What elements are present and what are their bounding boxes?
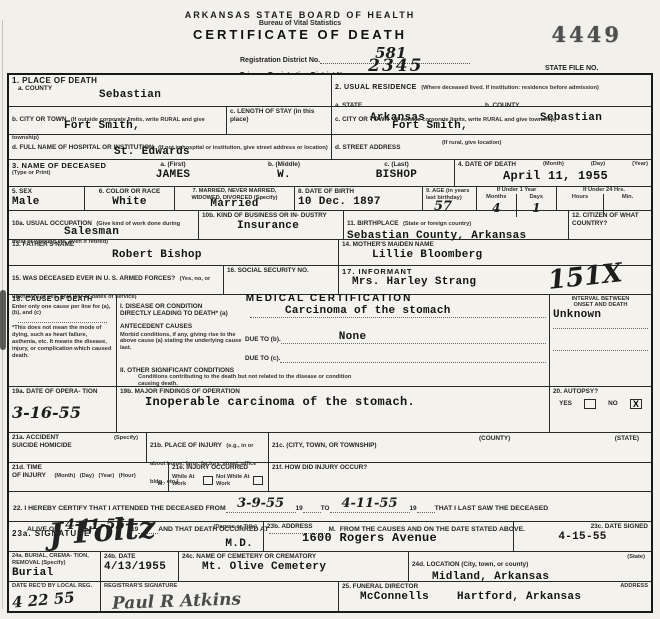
industry-label: 10b. KIND OF BUSINESS OR IN- DUSTRY xyxy=(202,212,340,220)
not-while-at-work-label: Not While At Work xyxy=(216,474,250,488)
certify-year2: 19 xyxy=(410,505,417,513)
accident-cell: 21a. ACCIDENT SUICIDE HOMICIDE (Specify) xyxy=(9,433,147,462)
street-address-cell: d. STREET ADDRESS (If rural, give locati… xyxy=(332,135,651,159)
operation-findings-value: Inoperable carcinoma of the stomach. xyxy=(145,395,546,409)
county-value: Sebastian xyxy=(99,89,161,101)
date-of-death-cell: 4. DATE OF DEATH (Month) (Day) (Year) Ap… xyxy=(455,160,651,186)
birthplace-note: (State or foreign country) xyxy=(403,221,471,227)
injury-city-cell: 21c. (CITY, TOWN, OR TOWNSHIP) (COUNTY) … xyxy=(269,433,651,462)
occupation-value: Salesman xyxy=(64,226,119,238)
name-middle-label: b. (Middle) xyxy=(232,161,336,169)
days-label: Days xyxy=(517,194,557,201)
months-label: Months xyxy=(477,194,516,201)
injury-occurred-label: 21e. INJURY OCCURRED xyxy=(172,464,265,472)
antecedent-label: ANTECEDENT CAUSES xyxy=(120,323,546,331)
address-value: 1600 Rogers Avenue xyxy=(302,531,510,545)
operation-findings-label: 19b. MAJOR FINDINGS OF OPERATION xyxy=(120,388,546,396)
date-signed-label: 23c. DATE SIGNED xyxy=(517,523,648,531)
cemetery-cell: 24c. NAME OF CEMETERY OR CREMATORY Mt. O… xyxy=(179,552,409,581)
date-of-death-label: 4. DATE OF DEATH xyxy=(458,161,516,169)
row-operation: 19a. DATE OF OPERA- TION 3-16-55 19b. MA… xyxy=(9,387,651,434)
street-address-note: (If rural, give location) xyxy=(442,140,501,147)
name-first-cell: a. (First) JAMES xyxy=(117,160,229,186)
death-certificate-scan: ARKANSAS STATE BOARD OF HEALTH Bureau of… xyxy=(0,0,660,619)
interval-fill-1 xyxy=(553,321,648,329)
degree-title-value: M.D. xyxy=(225,538,253,550)
row-city: b. CITY OR TOWN (If outside corporate li… xyxy=(9,107,651,135)
registration-district-line: Registration District No. 581 xyxy=(240,54,470,64)
degree-title-label: (Degree or Title) xyxy=(213,524,257,531)
date-signed-cell: 23c. DATE SIGNED 4-15-55 xyxy=(514,522,651,551)
time-of-injury-label: 21d. TIME OF INJURY xyxy=(12,464,50,479)
industry-value: Insurance xyxy=(237,220,340,232)
usual-residence-cell: 2. USUAL RESIDENCE (Where deceased lived… xyxy=(332,75,651,106)
mother-label: 14. MOTHER'S MAIDEN NAME xyxy=(342,241,648,249)
length-of-stay-cell: c. LENGTH OF STAY (in this place) xyxy=(227,107,332,134)
name-middle-value: W. xyxy=(232,169,336,181)
row-medical-certification: MEDICAL CERTIFICATION 18. CAUSE OF DEATH… xyxy=(9,295,651,387)
injury-hour-label: (Hour) xyxy=(119,473,136,479)
burial-state-label: (State) xyxy=(627,554,645,561)
certify-to-value: 4-11-55 xyxy=(341,496,397,511)
operation-date-value: 3-16-55 xyxy=(12,403,113,422)
birth-date-value: 10 Dec. 1897 xyxy=(298,196,419,208)
date-received-value: 4 22 55 xyxy=(11,586,97,611)
certify-year1: 19 xyxy=(296,505,303,513)
operation-date-label: 19a. DATE OF OPERA- TION xyxy=(12,388,113,396)
due-to-b-label: DUE TO (b). xyxy=(245,336,281,344)
autopsy-label: 20. AUTOPSY? xyxy=(553,388,648,396)
usual-residence-section-label: 2. USUAL RESIDENCE xyxy=(335,84,417,91)
row-vitals: 5. SEX Male 6. COLOR OR RACE White 7. MA… xyxy=(9,187,651,211)
interval-fill-2 xyxy=(553,329,648,351)
interval-value: Unknown xyxy=(553,309,648,321)
burial-type-label: 24a. BURIAL, CREMA- TION, REMOVAL (Speci… xyxy=(12,553,97,567)
certify-part2: THAT I LAST SAW THE DECEASED xyxy=(435,505,549,513)
race-value: White xyxy=(88,196,171,208)
marital-cell: 7. MARRIED, NEVER MARRIED, WIDOWED, DIVO… xyxy=(175,187,295,210)
under-1-year-label: If Under 1 Year xyxy=(477,187,556,194)
place-city-value: Fort Smith, xyxy=(64,120,140,132)
length-of-stay-label: c. LENGTH OF STAY (in this place) xyxy=(230,108,328,123)
occupation-cell: 10a. USUAL OCCUPATION (Give kind of work… xyxy=(9,211,199,239)
antecedent-note: Morbid conditions, if any, giving rise t… xyxy=(120,332,245,363)
address-label: 23b. ADDRESS xyxy=(267,523,510,531)
autopsy-yes-label: YES xyxy=(559,400,572,408)
row-name: 3. NAME OF DECEASED (Type or Print) a. (… xyxy=(9,160,651,187)
cause-note-divider xyxy=(18,319,107,323)
row-burial: 24a. BURIAL, CREMA- TION, REMOVAL (Speci… xyxy=(9,552,651,582)
autopsy-cell: 20. AUTOPSY? YES NO X xyxy=(550,387,651,433)
burial-type-value: Burial xyxy=(12,567,97,579)
registrar-signature-cell: REGISTRAR'S SIGNATURE Paul R Atkins xyxy=(101,582,339,611)
row-accident: 21a. ACCIDENT SUICIDE HOMICIDE (Specify)… xyxy=(9,433,651,463)
row-parents: 13. FATHER'S NAME Robert Bishop 14. MOTH… xyxy=(9,240,651,265)
funeral-director-cell: 25. FUNERAL DIRECTOR ADDRESS McConnells … xyxy=(339,582,651,611)
hours-label: Hours xyxy=(557,194,603,201)
injury-city-label: 21c. (CITY, TOWN, OR TOWNSHIP) xyxy=(272,442,377,449)
name-last-value: BISHOP xyxy=(342,169,451,181)
burial-date-cell: 24b. DATE 4/13/1955 xyxy=(101,552,179,581)
autopsy-no-label: NO xyxy=(608,400,618,408)
row-hospital-street: d. FULL NAME OF HOSPITAL OR INSTITUTION … xyxy=(9,135,651,160)
hospital-cell: d. FULL NAME OF HOSPITAL OR INSTITUTION … xyxy=(9,135,332,159)
father-value: Robert Bishop xyxy=(112,249,335,261)
funeral-address-value: Hartford, Arkansas xyxy=(457,591,581,603)
street-address-label: d. STREET ADDRESS xyxy=(335,144,400,151)
injury-state-label: (STATE) xyxy=(615,435,639,443)
armed-forces-cell: 15. WAS DECEASED EVER IN U. S. ARMED FOR… xyxy=(9,266,224,294)
other-conditions-label: II. OTHER SIGNIFICANT CONDITIONS xyxy=(120,367,546,375)
board-name: ARKANSAS STATE BOARD OF HEALTH xyxy=(0,10,660,20)
due-to-c-label: DUE TO (c). xyxy=(245,355,280,363)
while-at-work-label: While At Work xyxy=(172,474,200,488)
row-place-residence: 1. PLACE OF DEATH a. COUNTY Sebastian 2.… xyxy=(9,75,651,107)
place-of-death-county-cell: 1. PLACE OF DEATH a. COUNTY Sebastian xyxy=(9,75,332,106)
burial-location-label: 24d. LOCATION (City, town, or county) xyxy=(412,561,528,568)
injury-occurred-cell: 21e. INJURY OCCURRED While At Work Not W… xyxy=(169,463,269,491)
operation-findings-cell: 19b. MAJOR FINDINGS OF OPERATION Inopera… xyxy=(117,387,550,433)
place-of-death-section-label: 1. PLACE OF DEATH xyxy=(12,76,328,85)
address-cell: 23b. ADDRESS 1600 Rogers Avenue xyxy=(264,522,514,551)
injury-day-label: (Day) xyxy=(80,473,94,479)
certificate-form: 1. PLACE OF DEATH a. COUNTY Sebastian 2.… xyxy=(7,73,653,613)
age-cell: 9. AGE (in years last birthday) 57 xyxy=(423,187,477,210)
place-of-injury-cell: 21b. PLACE OF INJURY (e.g., in or about … xyxy=(147,433,269,462)
birth-date-cell: 8. DATE OF BIRTH 10 Dec. 1897 xyxy=(295,187,423,210)
state-file-label: STATE FILE NO. xyxy=(545,65,598,72)
cause-of-death-note2: *This does not mean the mode of dying, s… xyxy=(12,325,113,359)
injury-year-label: (Year) xyxy=(98,473,114,479)
disease-label-line2: DIRECTLY LEADING TO DEATH* (a) xyxy=(120,310,250,318)
hospital-value: St. Edwards xyxy=(114,146,190,158)
autopsy-no-checkbox: X xyxy=(630,399,642,409)
burial-date-value: 4/13/1955 xyxy=(104,561,175,573)
cemetery-value: Mt. Olive Cemetery xyxy=(202,561,405,573)
county-label: a. COUNTY xyxy=(18,85,328,93)
race-label: 6. COLOR OR RACE xyxy=(88,188,171,196)
name-first-value: JAMES xyxy=(120,169,226,181)
place-city-cell: b. CITY OR TOWN (If outside corporate li… xyxy=(9,107,227,134)
medical-main-cell: I. DISEASE OR CONDITION DIRECTLY LEADING… xyxy=(117,295,550,386)
citizen-cell: 12. CITIZEN OF WHAT COUNTRY? xyxy=(569,211,651,239)
residence-city-label: c. CITY OR TOWN xyxy=(335,116,389,123)
accident-label: 21a. ACCIDENT SUICIDE HOMICIDE xyxy=(12,434,72,449)
burial-type-cell: 24a. BURIAL, CREMA- TION, REMOVAL (Speci… xyxy=(9,552,101,581)
time-of-injury-cell: 21d. TIME OF INJURY (Month) (Day) (Year)… xyxy=(9,463,169,491)
date-of-death-value: April 11, 1955 xyxy=(503,169,648,183)
date-of-death-month-label: (Month) xyxy=(543,161,564,169)
name-last-label: c. (Last) xyxy=(342,161,451,169)
due-to-c-fill xyxy=(280,353,546,363)
funeral-director-label: 25. FUNERAL DIRECTOR xyxy=(342,583,418,591)
father-label: 13. FATHER'S NAME xyxy=(12,241,335,249)
due-to-b-value: None xyxy=(339,331,367,343)
birth-date-label: 8. DATE OF BIRTH xyxy=(298,188,419,196)
race-cell: 6. COLOR OR RACE White xyxy=(85,187,175,210)
residence-city-cell: c. CITY OR TOWN (If outside corporate li… xyxy=(332,107,651,134)
scan-edge-smudge xyxy=(0,290,6,350)
name-section-label: 3. NAME OF DECEASED xyxy=(12,161,114,170)
operation-date-cell: 19a. DATE OF OPERA- TION 3-16-55 xyxy=(9,387,117,433)
usual-residence-section-note: (Where deceased lived. If institution: r… xyxy=(421,85,599,91)
citizen-label: 12. CITIZEN OF WHAT COUNTRY? xyxy=(572,212,648,227)
registrar-signature-value: Paul R Atkins xyxy=(112,586,336,614)
under-24-hrs-cell: If Under 24 Hrs. Hours Min. xyxy=(557,187,651,210)
name-last-cell: c. (Last) BISHOP xyxy=(339,160,455,186)
cause-of-death-label: 18. CAUSE OF DEATH xyxy=(12,296,113,303)
while-at-work-checkbox xyxy=(203,476,213,485)
burial-date-label: 24b. DATE xyxy=(104,553,175,561)
state-file-serial-number: 4449 xyxy=(552,22,622,47)
birthplace-cell: 11. BIRTHPLACE (State or foreign country… xyxy=(344,211,569,239)
funeral-director-value: McConnells xyxy=(360,591,429,603)
sex-value: Male xyxy=(12,196,81,208)
name-section-note: (Type or Print) xyxy=(12,170,114,177)
name-section-cell: 3. NAME OF DECEASED (Type or Print) xyxy=(9,160,117,186)
sex-label: 5. SEX xyxy=(12,188,81,196)
date-of-death-year-label: (Year) xyxy=(632,161,648,169)
place-city-label: b. CITY OR TOWN xyxy=(12,116,66,123)
cause-of-death-note1: Enter only one cause per line for (a), (… xyxy=(12,304,113,318)
interval-cell: INTERVAL BETWEEN ONSET AND DEATH Unknown xyxy=(550,295,651,386)
sex-cell: 5. SEX Male xyxy=(9,187,85,210)
interval-label-line2: ONSET AND DEATH xyxy=(553,302,648,309)
under-1-year-cell: If Under 1 Year Months 4 Days 1 xyxy=(477,187,557,210)
signature-cell: 23a. SIGNATURE J Foltz (Degree or Title)… xyxy=(9,522,264,551)
cemetery-label: 24c. NAME OF CEMETERY OR CREMATORY xyxy=(182,553,405,561)
residence-city-value: Fort Smith, xyxy=(392,120,468,132)
father-cell: 13. FATHER'S NAME Robert Bishop xyxy=(9,240,339,264)
ssn-label: 16. SOCIAL SECURITY NO. xyxy=(227,267,335,275)
row-signature: 23a. SIGNATURE J Foltz (Degree or Title)… xyxy=(9,522,651,552)
disease-value: Carcinoma of the stomach xyxy=(285,305,451,317)
row-registrar: DATE REC'D BY LOCAL REG. 4 22 55 REGISTR… xyxy=(9,582,651,611)
funeral-address-label: ADDRESS xyxy=(620,583,648,591)
ssn-cell: 16. SOCIAL SECURITY NO. xyxy=(224,266,339,294)
armed-forces-label: 15. WAS DECEASED EVER IN U. S. ARMED FOR… xyxy=(12,275,175,282)
burial-location-cell: 24d. LOCATION (City, town, or county) (S… xyxy=(409,552,651,581)
injury-month-label: (Month) xyxy=(54,473,75,479)
cause-of-death-note-cell: 18. CAUSE OF DEATH Enter only one cause … xyxy=(9,295,117,386)
accident-specify-note: (Specify) xyxy=(114,435,138,442)
disease-label-line1: I. DISEASE OR CONDITION xyxy=(120,303,250,311)
certify-from-value: 3-9-55 xyxy=(237,496,284,511)
injury-county-label: (COUNTY) xyxy=(479,435,510,443)
min-label: Min. xyxy=(604,194,651,201)
name-middle-cell: b. (Middle) W. xyxy=(229,160,339,186)
date-received-cell: DATE REC'D BY LOCAL REG. 4 22 55 xyxy=(9,582,101,611)
how-injury-occurred-label: 21f. HOW DID INJURY OCCUR? xyxy=(272,464,648,472)
autopsy-yes-checkbox xyxy=(584,399,596,409)
registration-district-label: Registration District No. xyxy=(240,57,320,64)
date-of-death-day-label: (Day) xyxy=(591,161,605,169)
date-signed-value: 4-15-55 xyxy=(517,531,648,543)
not-while-at-work-checkbox xyxy=(253,476,263,485)
birthplace-label: 11. BIRTHPLACE xyxy=(347,220,399,227)
injury-m-label: M. xyxy=(158,481,164,488)
place-of-injury-label: 21b. PLACE OF INJURY xyxy=(150,442,222,449)
how-injury-occurred-cell: 21f. HOW DID INJURY OCCUR? xyxy=(269,463,651,491)
physician-signature: J Foltz xyxy=(48,510,157,552)
industry-cell: 10b. KIND OF BUSINESS OR IN- DUSTRY Insu… xyxy=(199,211,344,239)
row-time-of-injury: 21d. TIME OF INJURY (Month) (Day) (Year)… xyxy=(9,463,651,492)
name-first-label: a. (First) xyxy=(120,161,226,169)
certify-to-label: TO xyxy=(321,505,330,513)
certificate-header: ARKANSAS STATE BOARD OF HEALTH Bureau of… xyxy=(0,10,660,42)
row-occupation: 10a. USUAL OCCUPATION (Give kind of work… xyxy=(9,211,651,240)
under-24-hrs-label: If Under 24 Hrs. xyxy=(557,187,651,194)
interval-label-line1: INTERVAL BETWEEN xyxy=(553,296,648,303)
